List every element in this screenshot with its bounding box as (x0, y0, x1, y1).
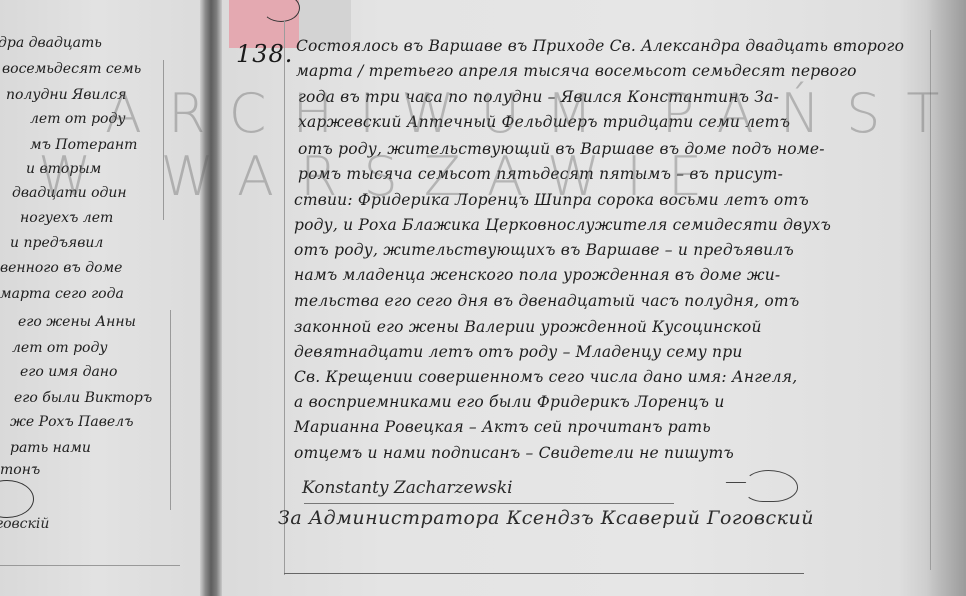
left-text-line: дра двадцать (0, 35, 102, 51)
entry-number: 138. (236, 40, 293, 68)
main-text-line: законной его жены Валерии урожденной Кус… (294, 318, 762, 336)
left-text-line: же Рохъ Павелъ (10, 414, 133, 430)
left-text-line: его жены Анны (18, 314, 136, 330)
left-text-line: марта сего года (0, 286, 124, 302)
left-text-line: восемьдесят семь (2, 61, 141, 77)
main-text-line: марта / третьего апреля тысяча восемьсот… (296, 62, 857, 80)
left-text-line: и предъявил (10, 235, 103, 251)
official-signature: За Администратора Ксендзъ Ксаверий Гогов… (278, 507, 814, 529)
left-text-line: венного въ доме (0, 260, 122, 276)
main-text-line: девятнадцати летъ отъ роду – Младенцу се… (294, 343, 743, 361)
left-text-line: его были Викторъ (14, 390, 152, 406)
main-text-line: тельства его сего дня въ двенадцатый час… (294, 292, 799, 310)
main-text-line: роду, и Роха Блажика Церковнослужителя с… (294, 216, 831, 234)
left-paraph-flourish (0, 480, 34, 518)
main-text-line: а восприемниками его были Фридерикъ Лоре… (294, 393, 725, 411)
main-text-line: Состоялось въ Варшаве въ Приходе Св. Але… (296, 37, 904, 55)
main-text-line: намъ младенца женского пола урожденная в… (294, 266, 780, 284)
left-text-line: ногуехъ лет (20, 210, 113, 226)
paraph-flourish (744, 470, 798, 502)
bottom-rule (284, 573, 804, 574)
left-text-line: рать нами (10, 440, 91, 456)
main-text-line: Марианна Ровецкая – Актъ сей прочитанъ р… (294, 418, 711, 436)
declarant-signature: Konstanty Zacharzewski (302, 478, 513, 498)
left-text-line: лет от роду (12, 340, 107, 356)
main-text-line: отъ роду, жительствующихъ въ Варшаве – и… (294, 241, 794, 259)
main-text-line: Св. Крещении совершенномъ сего числа дан… (294, 368, 797, 386)
left-signature-fragment: говскiй (0, 516, 49, 532)
left-text-line: его имя дано (20, 364, 117, 380)
signature-underline (304, 503, 674, 504)
archive-watermark-line2: W WARSZAWIE (38, 145, 728, 208)
main-text-line: отцемъ и нами подписанъ – Свидетели не п… (294, 444, 734, 462)
archive-watermark-line1: ARCHIWUM PAŃSTWOWE (105, 82, 966, 145)
left-page-bottom-rule (0, 565, 180, 566)
left-text-line: тонъ (0, 462, 40, 478)
left-page-margin-line-lower (170, 310, 171, 510)
